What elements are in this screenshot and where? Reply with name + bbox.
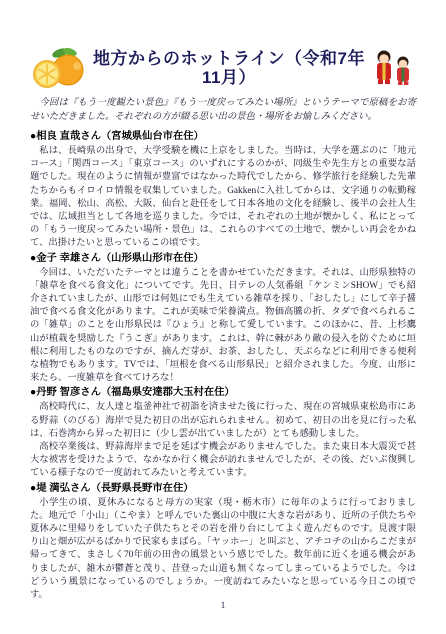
document-header: 地方からのホットライン（令和7年11月） <box>30 46 416 92</box>
section-heading: ●堤 満弘さん（長野県長野市在住） <box>30 482 416 496</box>
page-title: 地方からのホットライン（令和7年11月） <box>92 50 366 87</box>
section-paragraph: 高校卒業後は、野蒜海岸まで足を延ばす機会がありませんでした。また東日本大震災で甚… <box>30 441 416 481</box>
section-tsutsumi: ●堤 満弘さん（長野県長野市在住） 小学生の頃、夏休みになると母方の実家（現・栃… <box>30 482 416 603</box>
section-heading: ●丹野 智彦さん（福島県安達郡大玉村在住） <box>30 386 416 400</box>
document-page: 地方からのホットライン（令和7年11月） 今回は『もう一度観たい景色』『もう一度… <box>0 0 446 634</box>
section-sagara: ●相良 直哉さん（宮城県仙台市在住） 私は、長崎県の出身で、大学受験を機に上京を… <box>30 130 416 251</box>
document-content: 地方からのホットライン（令和7年11月） 今回は『もう一度観たい景色』『もう一度… <box>0 0 446 602</box>
section-paragraph: 私は、長崎県の出身で、大学受験を機に上京をしました。当時は、大学を選ぶのに「地元… <box>30 145 416 251</box>
section-paragraph: 小学生の頃、夏休みになると母方の実家（現・栃木市）に毎年のように行っておりました… <box>30 497 416 603</box>
section-tanno: ●丹野 智彦さん（福島県安達郡大玉村在住） 高校時代に、友人達と塩釜神社で初詣を… <box>30 386 416 480</box>
section-kaneko: ●金子 幸雄さん（山形県山形市在住） 今回は、いただいたテーマとは違うことを書か… <box>30 252 416 386</box>
page-number: 1 <box>0 600 446 610</box>
section-heading: ●相良 直哉さん（宮城県仙台市在住） <box>30 130 416 144</box>
intro-text: 今回は『もう一度観たい景色』『もう一度戻ってみたい場所』というテーマで原稿をお寄… <box>30 96 416 124</box>
section-heading: ●金子 幸雄さん（山形県山形市在住） <box>30 252 416 266</box>
oranges-clipart-icon <box>30 46 88 92</box>
children-clipart-icon <box>370 49 416 89</box>
section-paragraph: 高校時代に、友人達と塩釜神社で初詣を済ませた後に行った、現在の宮城県東松島市にあ… <box>30 401 416 441</box>
section-paragraph: 今回は、いただいたテーマとは違うことを書かせていただきます。それは、山形県独特の… <box>30 267 416 386</box>
